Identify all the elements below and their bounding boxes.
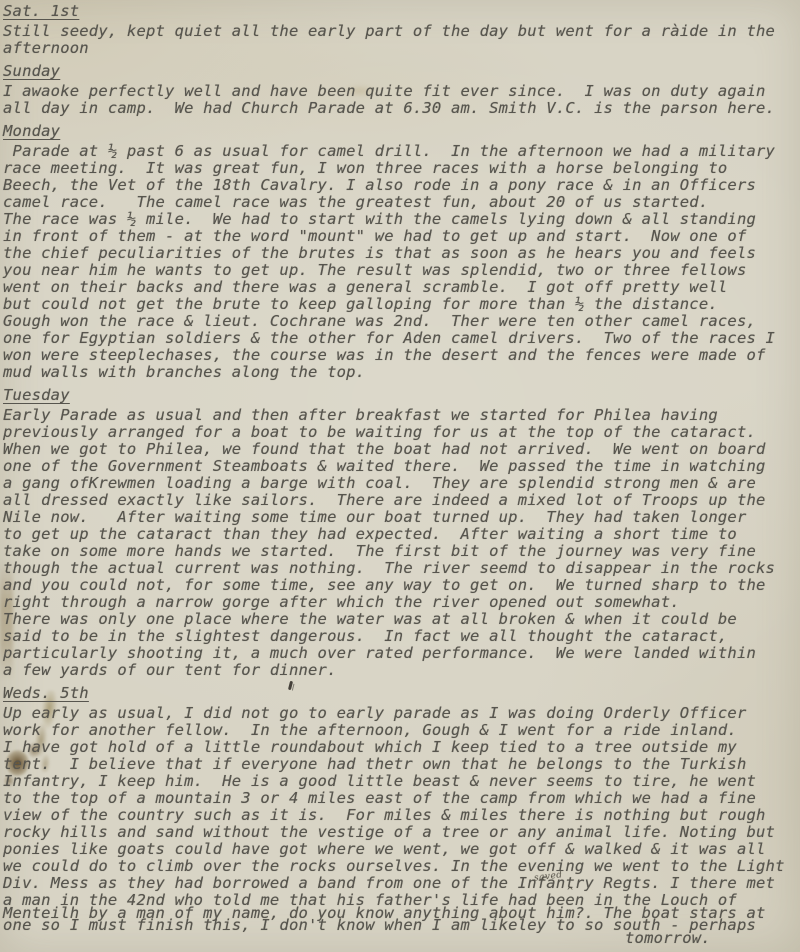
diary-line: When we got to Philea, we found that the…: [3, 441, 798, 458]
diary-line: all dressed exactly like sailors. There …: [3, 492, 798, 509]
diary-line: race meeting. It was great fun, I won th…: [3, 160, 798, 177]
diary-line: particularly shooting it, a much over ra…: [3, 645, 798, 662]
diary-line: Div. Mess as they had borrowed a band fr…: [3, 875, 798, 892]
diary-line: Early Parade as usual and then after bre…: [3, 407, 798, 424]
diary-line: Infantry, I keep him. He is a good littl…: [3, 773, 798, 790]
diary-line: but could not get the brute to keep gall…: [3, 296, 798, 313]
section-heading-sunday: Sunday: [3, 63, 798, 80]
diary-line: a few yards of our tent for dinner.: [3, 662, 798, 679]
insertion-caret-mark: ^: [567, 886, 573, 897]
diary-line: all day in camp. We had Church Parade at…: [3, 100, 798, 117]
diary-line: in front of them - at the word "mount" w…: [3, 228, 798, 245]
diary-line: the chief peculiarities of the brutes is…: [3, 245, 798, 262]
diary-line: said to be in the slightest dangerous. I…: [3, 628, 798, 645]
diary-line: There was only one place where the water…: [3, 611, 798, 628]
diary-line: though the actual current was nothing. T…: [3, 560, 798, 577]
diary-line: Beech, the Vet of the 18th Cavalry. I al…: [3, 177, 798, 194]
diary-line: previously arranged for a boat to be wai…: [3, 424, 798, 441]
diary-line: Still seedy, kept quiet all the early pa…: [3, 23, 798, 40]
diary-line: I awaoke perfectly well and have been qu…: [3, 83, 798, 100]
diary-line: went on their backs and there was a gene…: [3, 279, 798, 296]
diary-line: we could do to climb over the rocks ours…: [3, 858, 798, 875]
diary-line: right through a narrow gorge after which…: [3, 594, 798, 611]
diary-line: and you could not, for some time, see an…: [3, 577, 798, 594]
diary-page: Sat. 1stStill seedy, kept quiet all the …: [0, 0, 800, 952]
diary-line: one of the Government Steamboats & waite…: [3, 458, 798, 475]
diary-line: a gang ofKrewmen loading a barge with co…: [3, 475, 798, 492]
section-heading-sat-1st: Sat. 1st: [3, 3, 798, 20]
diary-line: mud walls with branches along the top.: [3, 364, 798, 381]
diary-line: won were steeplechases, the course was i…: [3, 347, 798, 364]
section-heading-monday: Monday: [3, 123, 798, 140]
diary-section-sat-1st: Sat. 1stStill seedy, kept quiet all the …: [3, 3, 798, 57]
diary-line: The race was ½ mile. We had to start wit…: [3, 211, 798, 228]
diary-line: to get up the cataract than they had exp…: [3, 526, 798, 543]
diary-line: Up early as usual, I did not go to early…: [3, 705, 798, 722]
diary-line: work for another fellow. In the afternoo…: [3, 722, 798, 739]
section-heading-weds-5th: Weds. 5th: [3, 685, 798, 702]
diary-section-weds-5th: Weds. 5thUp early as usual, I did not go…: [3, 685, 798, 909]
diary-line: you near him he wants to get up. The res…: [3, 262, 798, 279]
diary-line: afternoon: [3, 40, 798, 57]
diary-line: camel race. The camel race was the great…: [3, 194, 798, 211]
diary-line: rocky hills and sand without the vestige…: [3, 824, 798, 841]
diary-entries: Sat. 1stStill seedy, kept quiet all the …: [0, 0, 800, 946]
section-heading-tuesday: Tuesday: [3, 387, 798, 404]
diary-line: one for Egyptian soldiers & the other fo…: [3, 330, 798, 347]
diary-line: to the top of a mountain 3 or 4 miles ea…: [3, 790, 798, 807]
diary-section-closing: Menteilh by a man of my name, do you kno…: [3, 907, 798, 931]
diary-line: Gough won the race & lieut. Cochrane was…: [3, 313, 798, 330]
diary-section-sunday: SundayI awaoke perfectly well and have b…: [3, 63, 798, 117]
diary-line: view of the country such as it is. For m…: [3, 807, 798, 824]
diary-section-monday: Monday Parade at ½ past 6 as usual for c…: [3, 123, 798, 381]
diary-line: ponies like goats could have got where w…: [3, 841, 798, 858]
diary-line: Parade at ½ past 6 as usual for camel dr…: [3, 143, 798, 160]
diary-line: tent. I believe that if everyone had the…: [3, 756, 798, 773]
diary-line: take on some more hands we started. The …: [3, 543, 798, 560]
diary-line: I have got hold of a little roundabout w…: [3, 739, 798, 756]
diary-line: Nile now. After waiting some time our bo…: [3, 509, 798, 526]
diary-section-tuesday: TuesdayEarly Parade as usual and then af…: [3, 387, 798, 679]
